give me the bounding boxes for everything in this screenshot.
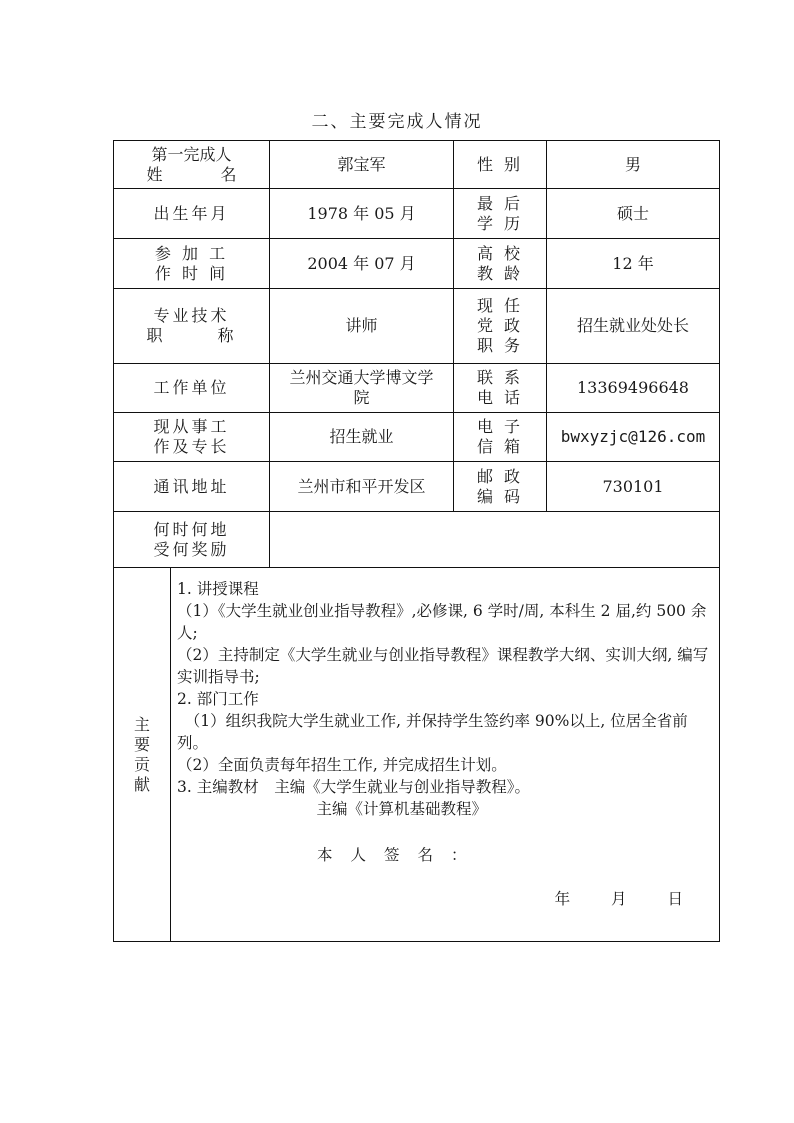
row-birth: 出生年月 1978 年 05 月 最 后学 历 硕士: [114, 189, 720, 239]
row-address: 通讯地址 兰州市和平开发区 邮 政编 码 730101: [114, 462, 720, 512]
contribution-content: 1. 讲授课程 （1）《大学生就业创业指导教程》,必修课, 6 学时/周, 本科…: [171, 568, 720, 942]
label-gender: 性 别: [454, 141, 547, 189]
value-postcode: 730101: [547, 462, 720, 512]
row-name: 第一完成人姓名 郭宝军 性 别 男: [114, 141, 720, 189]
value-name: 郭宝军: [270, 141, 454, 189]
label-title: 专业技术职称: [114, 289, 270, 364]
row-employer: 工作单位 兰州交通大学博文学院 联 系电 话 13369496648: [114, 364, 720, 413]
contribution-line: 1. 讲授课程: [177, 578, 713, 600]
value-education: 硕士: [547, 189, 720, 239]
label-phone: 联 系电 话: [454, 364, 547, 413]
value-gender: 男: [547, 141, 720, 189]
label-awards: 何时何地受何奖励: [114, 512, 270, 568]
contribution-line: （1）组织我院大学生就业工作, 并保持学生签约率 90%以上, 位居全省前列。: [177, 710, 713, 754]
contribution-line: （2）主持制定《大学生就业与创业指导教程》课程教学大纲、实训大纲, 编写实训指导…: [177, 644, 713, 688]
contribution-line: 2. 部门工作: [177, 688, 713, 710]
label-email: 电 子信 箱: [454, 413, 547, 462]
row-awards: 何时何地受何奖励: [114, 512, 720, 568]
main-completer-table: 第一完成人姓名 郭宝军 性 别 男 出生年月 1978 年 05 月 最 后学 …: [113, 140, 720, 942]
label-teaching-years: 高 校教 龄: [454, 239, 547, 289]
value-position: 招生就业处处长: [547, 289, 720, 364]
value-email: bwxyzjc@126.com: [547, 413, 720, 462]
signature-date: 年 月 日: [177, 888, 713, 910]
row-specialty: 现从事工作及专长 招生就业 电 子信 箱 bwxyzjc@126.com: [114, 413, 720, 462]
value-employer: 兰州交通大学博文学院: [270, 364, 454, 413]
date-year: 年: [555, 890, 571, 908]
value-work-start: 2004 年 07 月: [270, 239, 454, 289]
label-postcode: 邮 政编 码: [454, 462, 547, 512]
label-employer: 工作单位: [114, 364, 270, 413]
row-title: 专业技术职称 讲师 现 任党 政职 务 招生就业处处长: [114, 289, 720, 364]
contribution-line: 3. 主编教材 主编《大学生就业与创业指导教程》。: [177, 776, 713, 798]
value-teaching-years: 12 年: [547, 239, 720, 289]
value-title: 讲师: [270, 289, 454, 364]
label-education: 最 后学 历: [454, 189, 547, 239]
row-contribution: 主 要 贡 献 1. 讲授课程 （1）《大学生就业创业指导教程》,必修课, 6 …: [114, 568, 720, 942]
label-address: 通讯地址: [114, 462, 270, 512]
label-name: 第一完成人姓名: [114, 141, 270, 189]
section-title: 二、主要完成人情况: [0, 107, 794, 132]
date-day: 日: [667, 890, 683, 908]
value-awards: [270, 512, 720, 568]
label-position: 现 任党 政职 务: [454, 289, 547, 364]
contribution-line: （1）《大学生就业创业指导教程》,必修课, 6 学时/周, 本科生 2 届,约 …: [177, 600, 713, 644]
contribution-line: 主编《计算机基础教程》: [177, 798, 713, 820]
label-contribution: 主 要 贡 献: [114, 568, 171, 942]
label-specialty: 现从事工作及专长: [114, 413, 270, 462]
signature-label: 本人签名：: [177, 844, 713, 866]
value-phone: 13369496648: [547, 364, 720, 413]
value-specialty: 招生就业: [270, 413, 454, 462]
label-work-start: 参 加 工作 时 间: [114, 239, 270, 289]
label-birth: 出生年月: [114, 189, 270, 239]
value-birth: 1978 年 05 月: [270, 189, 454, 239]
contribution-line: （2）全面负责每年招生工作, 并完成招生计划。: [177, 754, 713, 776]
value-address: 兰州市和平开发区: [270, 462, 454, 512]
row-work-start: 参 加 工作 时 间 2004 年 07 月 高 校教 龄 12 年: [114, 239, 720, 289]
date-month: 月: [611, 890, 627, 908]
